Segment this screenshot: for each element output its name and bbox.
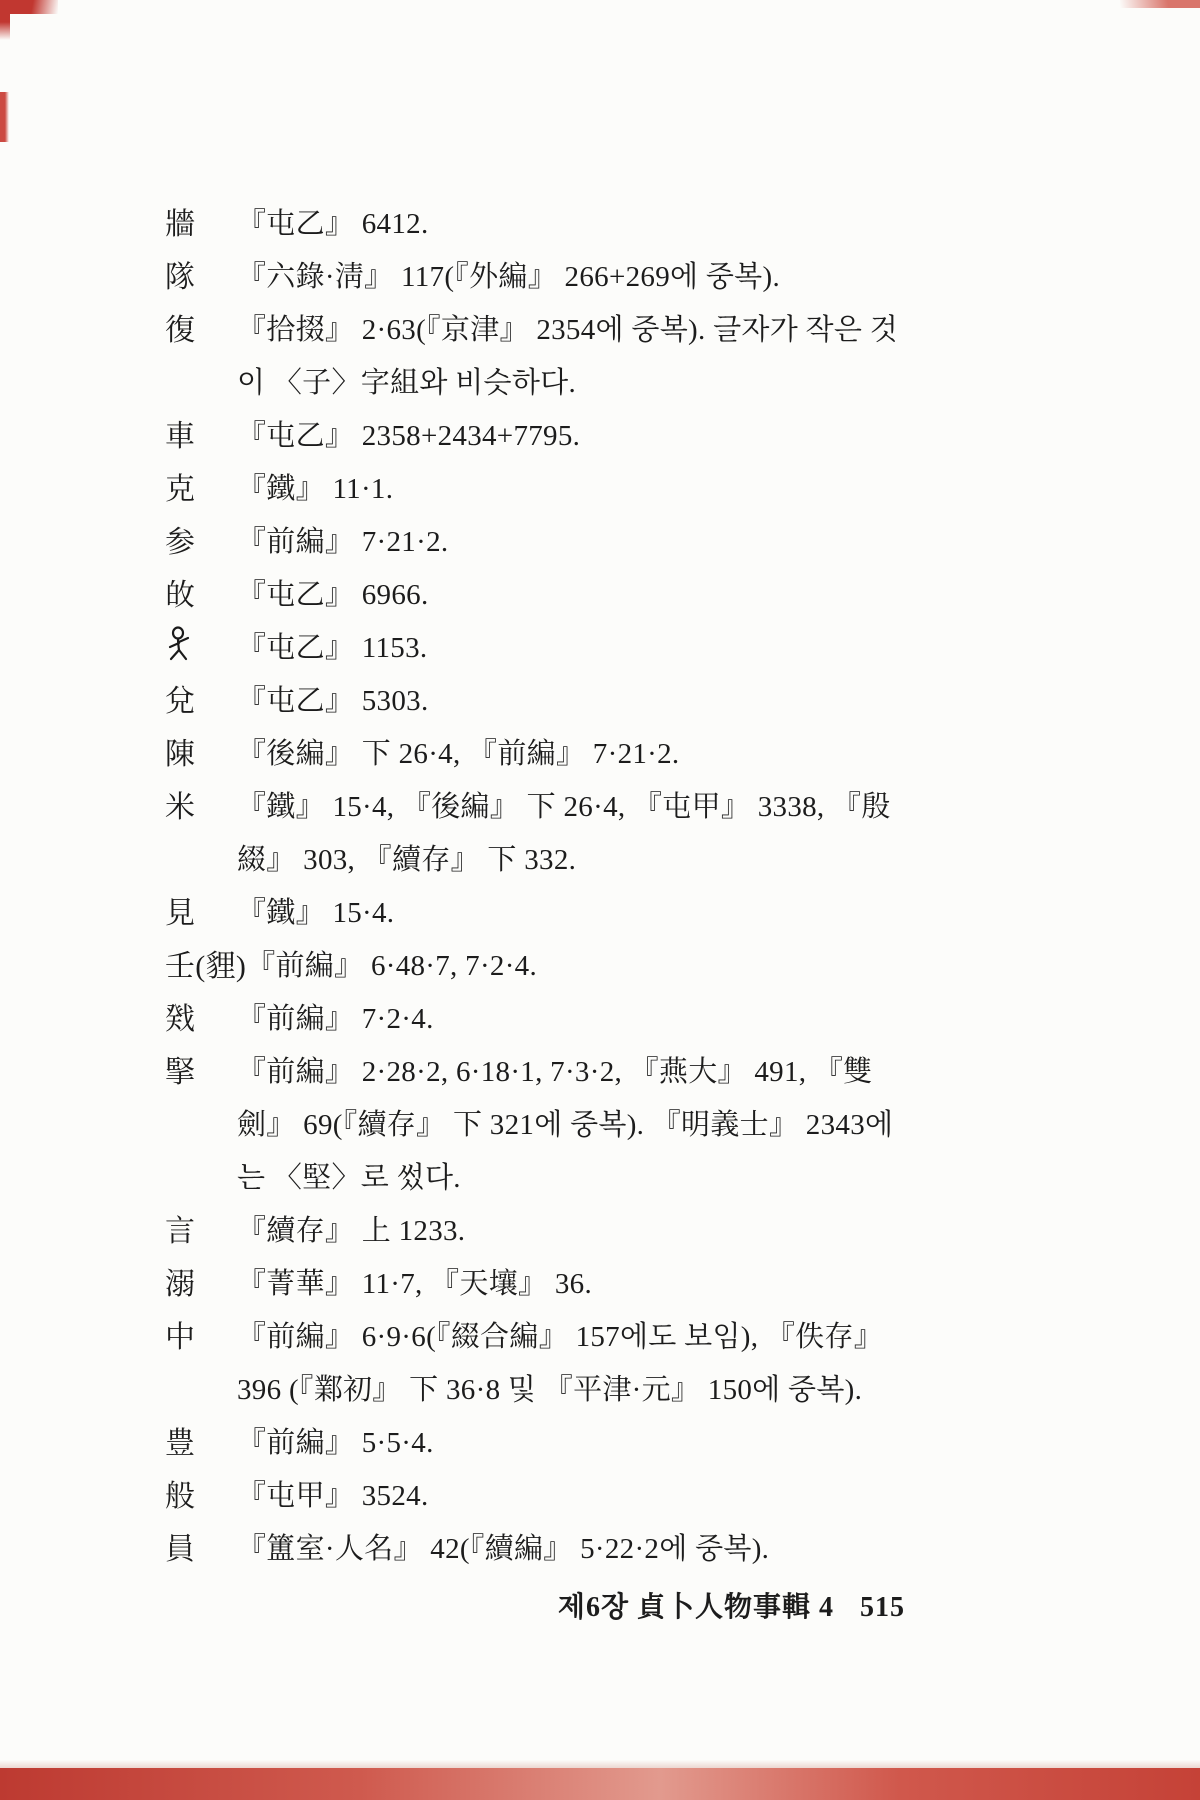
entry-row: 言 『續存』 上 1233.: [165, 1205, 907, 1258]
entry-head-glyph: 員: [165, 1523, 237, 1576]
entry-references: 『前編』 7·21·2.: [237, 516, 907, 569]
entry-head-glyph: 中: [165, 1311, 237, 1364]
entry-row: 敀 『屯乙』 6966.: [165, 569, 907, 622]
entry-references: 『前編』 5·5·4.: [237, 1417, 907, 1470]
entry-row: 員 『簠室·人名』 42(『續編』 5·22·2에 중복).: [165, 1523, 907, 1576]
entry-row: 参 『前編』 7·21·2.: [165, 516, 907, 569]
entry-row: 克 『鐵』 11·1.: [165, 463, 907, 516]
entry-row: 復 『拾掇』 2·63(『京津』 2354에 중복). 글자가 작은 것이 〈子…: [165, 304, 907, 410]
entry-row: 米 『鐵』 15·4, 『後編』 下 26·4, 『屯甲』 3338, 『殷綴』…: [165, 781, 907, 887]
entry-head-glyph: 隊: [165, 251, 237, 304]
entry-row: 般 『屯甲』 3524.: [165, 1470, 907, 1523]
scan-edge-artifact: [0, 1768, 1200, 1800]
entry-references: 『屯乙』 6966.: [237, 569, 907, 622]
entry-head-glyph: [165, 622, 237, 675]
entry-head-glyph: 牆: [165, 198, 237, 251]
entry-references: 『屯乙』 1153.: [237, 622, 907, 675]
oracle-person-pictograph-icon: [165, 626, 193, 664]
entry-row: 車 『屯乙』 2358+2434+7795.: [165, 410, 907, 463]
entry-head-glyph: 米: [165, 781, 237, 834]
entry-head-glyph: 克: [165, 463, 237, 516]
entry-head-glyph: 豊: [165, 1417, 237, 1470]
entry-head-glyph: 溺: [165, 1258, 237, 1311]
entry-head-glyph: 戣: [165, 993, 237, 1046]
entry-row: 中 『前編』 6·9·6(『綴合編』 157에도 보임), 『佚存』 396 (…: [165, 1311, 907, 1417]
page-footer: 제6장 貞卜人物事輯 4515: [558, 1585, 905, 1625]
entry-references: 『前編』 6·48·7, 7·2·4.: [246, 940, 907, 993]
entry-row: 戣 『前編』 7·2·4.: [165, 993, 907, 1046]
entry-row: 牆 『屯乙』 6412.: [165, 198, 907, 251]
entry-list: 牆 『屯乙』 6412. 隊 『六錄·淸』 117(『外編』 266+269에 …: [165, 198, 907, 1576]
entry-row: 見 『鐵』 15·4.: [165, 887, 907, 940]
entry-references: 『前編』 6·9·6(『綴合編』 157에도 보임), 『佚存』 396 (『鄴…: [237, 1311, 907, 1417]
entry-row: 『屯乙』 1153.: [165, 622, 907, 675]
entry-row: 壬(貍) 『前編』 6·48·7, 7·2·4.: [165, 940, 907, 993]
entry-references: 『續存』 上 1233.: [237, 1205, 907, 1258]
entry-references: 『鐵』 15·4, 『後編』 下 26·4, 『屯甲』 3338, 『殷綴』 3…: [237, 781, 907, 887]
entry-references: 『簠室·人名』 42(『續編』 5·22·2에 중복).: [237, 1523, 907, 1576]
scan-edge-artifact: [0, 92, 9, 142]
entry-head-glyph: 壬(貍): [165, 940, 246, 993]
entry-row: 隊 『六錄·淸』 117(『外編』 266+269에 중복).: [165, 251, 907, 304]
entry-references: 『屯乙』 5303.: [237, 675, 907, 728]
entry-head-glyph: 参: [165, 516, 237, 569]
entry-head-glyph: 車: [165, 410, 237, 463]
entry-head-glyph: 掔: [165, 1046, 237, 1099]
entry-row: 溺 『菁華』 11·7, 『天壤』 36.: [165, 1258, 907, 1311]
entry-references: 『屯甲』 3524.: [237, 1470, 907, 1523]
entry-head-glyph: 陳: [165, 728, 237, 781]
footer-page-number: 515: [860, 1592, 905, 1623]
entry-head-glyph: 般: [165, 1470, 237, 1523]
entry-references: 『屯乙』 2358+2434+7795.: [237, 410, 907, 463]
entry-row: 掔 『前編』 2·28·2, 6·18·1, 7·3·2, 『燕大』 491, …: [165, 1046, 907, 1205]
scanned-book-page: 牆 『屯乙』 6412. 隊 『六錄·淸』 117(『外編』 266+269에 …: [0, 0, 1200, 1800]
entry-references: 『菁華』 11·7, 『天壤』 36.: [237, 1258, 907, 1311]
entry-row: 兌 『屯乙』 5303.: [165, 675, 907, 728]
entry-references: 『鐵』 15·4.: [237, 887, 907, 940]
entry-row: 陳 『後編』 下 26·4, 『前編』 7·21·2.: [165, 728, 907, 781]
entry-head-glyph: 復: [165, 304, 237, 357]
entry-head-glyph: 兌: [165, 675, 237, 728]
entry-references: 『前編』 2·28·2, 6·18·1, 7·3·2, 『燕大』 491, 『雙…: [237, 1046, 907, 1205]
footer-chapter-title: 제6장 貞卜人物事輯 4: [558, 1592, 834, 1623]
entry-head-glyph: 見: [165, 887, 237, 940]
entry-references: 『前編』 7·2·4.: [237, 993, 907, 1046]
entry-head-glyph: 敀: [165, 569, 237, 622]
entry-references: 『拾掇』 2·63(『京津』 2354에 중복). 글자가 작은 것이 〈子〉字…: [237, 304, 907, 410]
entry-references: 『六錄·淸』 117(『外編』 266+269에 중복).: [237, 251, 907, 304]
entry-head-glyph: 言: [165, 1205, 237, 1258]
entry-references: 『屯乙』 6412.: [237, 198, 907, 251]
scan-edge-artifact: [0, 0, 10, 40]
entry-row: 豊 『前編』 5·5·4.: [165, 1417, 907, 1470]
entry-references: 『鐵』 11·1.: [237, 463, 907, 516]
entry-references: 『後編』 下 26·4, 『前編』 7·21·2.: [237, 728, 907, 781]
scan-edge-artifact: [1120, 0, 1200, 8]
